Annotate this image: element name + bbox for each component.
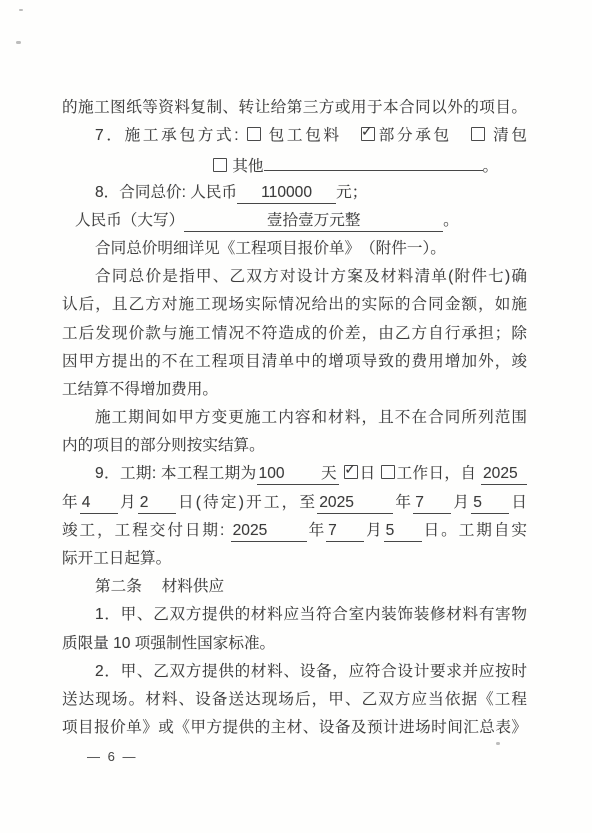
contract-line: 项目报价单》或《甲方提供的主材、设备及预计进场时间汇总表》 — [62, 714, 527, 742]
contract-line: 合同总价明细详见《工程项目报价单》 （附件一）。 — [62, 235, 527, 263]
contract-line: 认后，且乙方对施工现场实际情况给出的实际的合同金额，如施 — [62, 291, 527, 319]
filled-blank: 5 — [384, 521, 422, 542]
text-segment: 年 — [307, 522, 327, 539]
contract-line: 2．甲、乙双方提供的材料、设备，应符合设计要求并应按时 — [62, 658, 527, 686]
text-segment: 工结算不得增加费用。 — [62, 381, 218, 398]
check-icon: ✓ — [344, 462, 358, 477]
text-segment: 项目报价单》或《甲方提供的主材、设备及预计进场时间汇总表》 — [62, 719, 527, 736]
filled-blank: 7 — [326, 521, 364, 542]
filled-blank: 7 — [413, 493, 451, 514]
filled-blank: 4 — [80, 493, 118, 514]
filled-blank: 壹拾壹万元整 — [184, 211, 443, 232]
text-segment: 元； — [336, 184, 367, 201]
contract-line: 年4月2日(待定)开工，至2025年7月5日 — [62, 489, 527, 517]
contract-line: 施工期间如甲方变更施工内容和材料，且不在合同所列范围 — [62, 404, 527, 432]
text-segment: 合同总价明细详见《工程项目报价单》 （附件一）。 — [95, 240, 446, 257]
text-segment: 日(待定)开工，至 — [176, 494, 317, 511]
text-segment: 包工包料 — [262, 127, 360, 144]
contract-line: 工结算不得增加费用。 — [62, 376, 527, 404]
text-segment: 年 — [393, 494, 413, 511]
text-segment: 日 — [359, 465, 380, 482]
filled-blank: 110000 — [237, 183, 336, 204]
text-segment: 际开工日起算。 — [62, 550, 171, 567]
text-segment: 。 — [483, 158, 499, 175]
scan-artifact — [496, 742, 500, 745]
text-segment: 部分承包 — [376, 127, 470, 144]
text-segment: 质限量 10 项强制性国家标准。 — [62, 635, 275, 652]
text-segment: 其他 — [228, 158, 264, 175]
filled-blank: 5 — [471, 493, 509, 514]
contract-line: 工后发现价款与施工情况不符造成的价差，由乙方自行承担；除 — [62, 320, 527, 348]
text-segment: 工作日，自 — [396, 465, 481, 482]
scan-artifact — [19, 9, 23, 11]
text-segment: 7．施工承包方式: — [95, 127, 246, 144]
text-segment: 的施工图纸等资料复制、转让给第三方或用于本合同以外的项目。 — [62, 99, 527, 116]
contract-line: 人民币（大写）壹拾壹万元整。 — [62, 207, 527, 235]
checkbox-unchecked-icon — [247, 127, 261, 141]
checkbox-checked-icon: ✓ — [361, 127, 375, 141]
checkbox-checked-icon: ✓ — [344, 465, 358, 479]
contract-body: 的施工图纸等资料复制、转让给第三方或用于本合同以外的项目。7．施工承包方式: 包… — [62, 94, 527, 742]
text-segment: 人民币（大写） — [75, 212, 184, 229]
text-segment: 竣工，工程交付日期: — [62, 522, 231, 539]
text-segment: 9．工期: 本工程工期为 — [95, 465, 257, 482]
text-segment: 2．甲、乙双方提供的材料、设备，应符合设计要求并应按时 — [95, 663, 527, 680]
text-segment: 送达现场。材料、设备送达现场后，甲、乙双方应当依据《工程 — [62, 691, 527, 708]
filled-blank: 2025 — [481, 464, 527, 485]
text-segment: 第二条 材料供应 — [95, 578, 224, 595]
filled-blank: 2 — [138, 493, 176, 514]
text-segment: 内的项目的部分则按实结算。 — [62, 437, 265, 454]
contract-line: 9．工期: 本工程工期为100 天 ✓日 工作日，自 2025 — [62, 460, 527, 488]
text-segment: 日 — [509, 494, 527, 511]
text-segment — [339, 465, 344, 482]
contract-line: 的施工图纸等资料复制、转让给第三方或用于本合同以外的项目。 — [62, 94, 527, 122]
contract-line: 7．施工承包方式: 包工包料 ✓部分承包 清包 — [62, 122, 527, 150]
contract-line: 因甲方提出的不在工程项目清单中的增项导致的费用增加外，竣 — [62, 348, 527, 376]
underline-blank — [264, 150, 483, 171]
contract-line: 际开工日起算。 — [62, 545, 527, 573]
contract-line: 8．合同总价: 人民币110000元； — [62, 179, 527, 207]
checkbox-unchecked-icon — [213, 158, 227, 172]
contract-line: 合同总价是指甲、乙双方对设计方案及材料清单(附件七)确 — [62, 263, 527, 291]
text-segment: 认后，且乙方对施工现场实际情况给出的实际的合同金额，如施 — [62, 296, 527, 313]
text-segment: 因甲方提出的不在工程项目清单中的增项导致的费用增加外，竣 — [62, 353, 527, 370]
contract-line: 内的项目的部分则按实结算。 — [62, 432, 527, 460]
filled-blank: 100 天 — [257, 464, 339, 485]
checkbox-unchecked-icon — [471, 127, 485, 141]
text-segment: 1．甲、乙双方提供的材料应当符合室内装饰装修材料有害物 — [95, 606, 527, 623]
text-segment: 清包 — [486, 127, 527, 144]
text-segment: 日。工期自实 — [422, 522, 527, 539]
filled-blank: 2025 — [317, 493, 393, 514]
text-segment: 8．合同总价: 人民币 — [95, 184, 237, 201]
contract-line: 第二条 材料供应 — [62, 573, 527, 601]
text-segment: 工后发现价款与施工情况不符造成的价差，由乙方自行承担；除 — [62, 325, 527, 342]
text-segment: 月 — [364, 522, 384, 539]
contract-line: 质限量 10 项强制性国家标准。 — [62, 630, 527, 658]
text-segment: 月 — [118, 494, 138, 511]
text-segment: 合同总价是指甲、乙双方对设计方案及材料清单(附件七)确 — [95, 268, 527, 285]
contract-line: 1．甲、乙双方提供的材料应当符合室内装饰装修材料有害物 — [62, 601, 527, 629]
contract-line: 送达现场。材料、设备送达现场后，甲、乙双方应当依据《工程 — [62, 686, 527, 714]
check-icon: ✓ — [361, 124, 375, 139]
document-page: 的施工图纸等资料复制、转让给第三方或用于本合同以外的项目。7．施工承包方式: 包… — [0, 0, 592, 833]
checkbox-unchecked-icon — [381, 465, 395, 479]
filled-blank: 2025 — [231, 521, 307, 542]
text-segment: 。 — [443, 212, 459, 229]
text-segment: 年 — [62, 494, 80, 511]
scan-artifact — [16, 41, 21, 44]
contract-line: 竣工，工程交付日期: 2025年7月5日。工期自实 — [62, 517, 527, 545]
text-segment: 施工期间如甲方变更施工内容和材料，且不在合同所列范围 — [95, 409, 527, 426]
contract-line: 其他。 — [62, 150, 527, 178]
text-segment: 月 — [451, 494, 471, 511]
page-number: — 6 — — [87, 749, 137, 764]
